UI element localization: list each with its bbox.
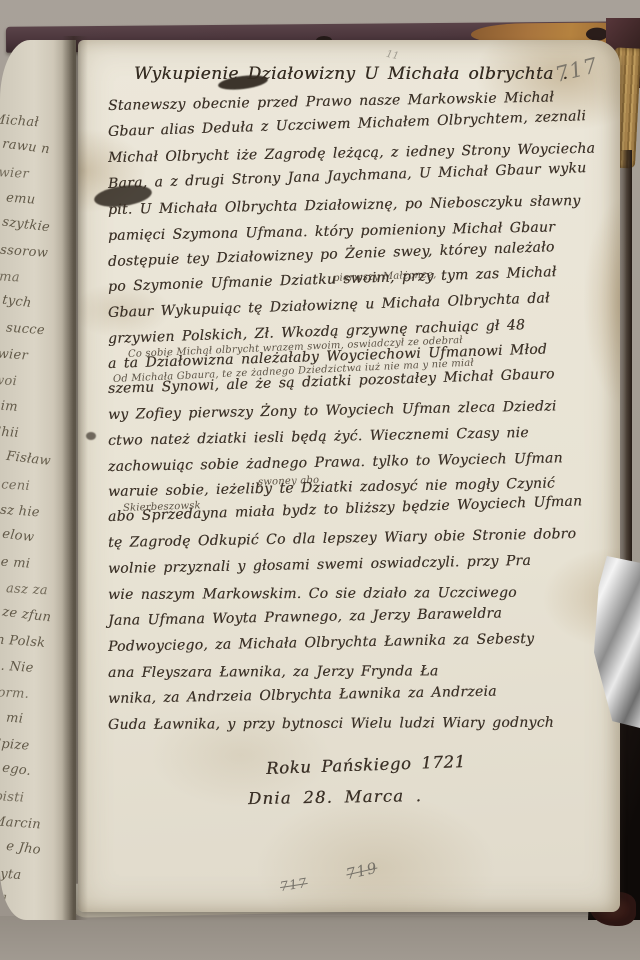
manuscript-line: Guda Ławnika, y przy bytnosci Wielu ludz… [108, 714, 608, 733]
manuscript-line: wnika, za Andrzeia Olbrychta Ławnika za … [108, 681, 608, 707]
manuscript-line: pit. U Michała Olbrychta Działowiznę, po… [108, 192, 608, 218]
manuscript-line: Jana Ufmana Woyta Prawnego, za Jerzy Bar… [108, 603, 608, 629]
manuscript-text-block: Wykupienie Działowizny U Michała olbrych… [108, 60, 608, 805]
closing-date-day: Dnia 28. Marca . [248, 783, 608, 808]
page-title: Wykupienie Działowizny U Michała olbrych… [134, 64, 568, 84]
manuscript-line: tę Zagrodę Odkupić Co dla lepszey Wiary … [108, 525, 608, 551]
manuscript-line: ana Fleyszara Ławnika, za Jerzy Frynda Ł… [108, 662, 608, 681]
book-cover-right-edge [620, 150, 632, 580]
table-background [0, 916, 640, 960]
manuscript-line: Podwoyciego, za Michała Olbrychta Ławnik… [108, 629, 608, 655]
manuscript-line: wie naszym Markowskim. Co sie działo za … [108, 584, 608, 603]
manuscript-line: wy Zofiey pierwszy Żony to Woyciech Ufma… [108, 397, 608, 423]
title-row: Wykupienie Działowizny U Michała olbrych… [134, 64, 608, 84]
pencil-mark-bottom: 719 [344, 859, 379, 884]
faint-pencil-mark: 11 [385, 49, 400, 62]
closing-date-year: Roku Pańskiego 1721 [266, 747, 608, 778]
manuscript-line: wolnie przyznali y głosami swemi oswiadc… [108, 551, 608, 577]
manuscript-page: Wykupienie Działowizny U Michała olbrych… [78, 40, 620, 912]
pencil-mark-bottom: 717 [279, 876, 309, 895]
pencil-page-number: 717 [553, 53, 601, 87]
manuscript-line: ctwo nateż dziatki iesli będą żyć. Wiecz… [108, 423, 608, 449]
gutter-shadow [62, 36, 88, 920]
